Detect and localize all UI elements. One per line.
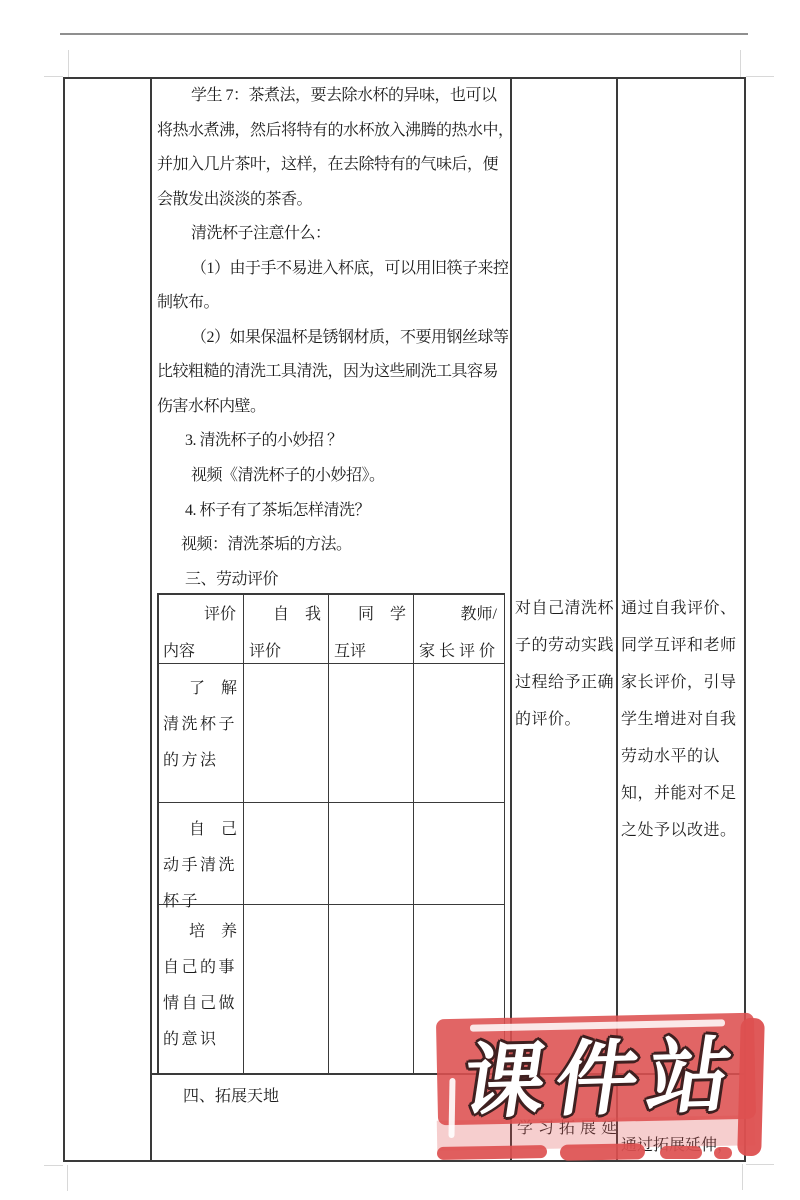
text-line: 视频：清洗茶垢的方法。 (157, 528, 508, 563)
header-line: 评价 (244, 634, 327, 671)
text-line: 的评价。 (515, 701, 615, 738)
eval-row-label: 培 养自己的事情自己做的意识 (158, 914, 242, 1058)
header-line: 自 我 (244, 597, 327, 634)
text-line: 4. 杯子有了茶垢怎样清洗？ (157, 494, 508, 529)
text-line: （1）由于手不易进入杯底，可以用旧筷子来控 (157, 252, 508, 287)
text-line: 知，并能对不足 (621, 775, 743, 812)
margin-crop-mark (742, 1164, 743, 1190)
stamp-border-bottom (660, 1146, 702, 1159)
header-rule (60, 33, 748, 35)
text-line: 对自己清洗杯 (515, 590, 615, 627)
header-line: 教师/ (414, 597, 503, 634)
text-line: 的方法 (158, 743, 242, 779)
eval-table-border (504, 593, 506, 1074)
eval-header-teacher-parent: 教师/ 家长评价 (414, 597, 503, 670)
text-line: 伤害水杯内壁。 (157, 390, 508, 425)
text-line: 了 解 (158, 671, 242, 707)
section-heading: 四、拓展天地 (183, 1080, 279, 1114)
document-page: 学生 7：茶煮法，要去除水杯的异味，也可以将热水煮沸，然后将特有的水杯放入沸腾的… (0, 0, 800, 1200)
header-line: 同 学 (329, 597, 412, 634)
text-line: 清洗杯子注意什么： (157, 217, 508, 252)
text-line: 自己的事 (158, 950, 242, 986)
text-line: 的意识 (158, 1022, 242, 1058)
table-border (744, 77, 746, 1162)
text-line: 视频《清洗杯子的小妙招》。 (157, 459, 508, 494)
text-line: 劳动水平的认 (621, 738, 743, 775)
eval-header-content: 评价 内容 (158, 597, 242, 670)
text-line: 子的劳动实践 (515, 627, 615, 664)
table-border (616, 77, 618, 1160)
stamp-border-bottom (560, 1143, 645, 1160)
stamp-border-bottom (714, 1147, 732, 1159)
text-line: 动手清洗 (158, 848, 242, 884)
text-line: 将热水煮沸，然后将特有的水杯放入沸腾的热水中， (157, 114, 508, 149)
margin-crop-mark (746, 76, 774, 77)
margin-crop-mark (44, 1165, 63, 1166)
header-line: 家长评价 (414, 634, 503, 671)
stamp-text: 课件站 (436, 1028, 768, 1132)
text-line: 比较粗糙的清洗工具清洗，因为这些刷洗工具容易 (157, 355, 508, 390)
text-line: 自 己 (158, 812, 242, 848)
header-line: 互评 (329, 634, 412, 671)
text-line: （2）如果保温杯是锈钢材质，不要用钢丝球等 (157, 321, 508, 356)
text-line: 并加入几片茶叶，这样，在去除特有的气味后，便 (157, 148, 508, 183)
margin-crop-mark (740, 50, 741, 77)
intent-note: 通过自我评价、同学互评和老师家长评价，引导学生增进对自我劳动水平的认知，并能对不… (621, 590, 743, 849)
text-line: 清洗杯子 (158, 707, 242, 743)
text-line: 家长评价，引导 (621, 664, 743, 701)
text-line: 会散发出淡淡的茶香。 (157, 183, 508, 218)
eval-header-self: 自 我 评价 (244, 597, 327, 670)
text-line: 情自己做 (158, 986, 242, 1022)
text-line: 之处予以改进。 (621, 812, 743, 849)
margin-crop-mark (67, 1165, 68, 1191)
text-line: 同学互评和老师 (621, 627, 743, 664)
lesson-text-block: 学生 7：茶煮法，要去除水杯的异味，也可以将热水煮沸，然后将特有的水杯放入沸腾的… (157, 79, 508, 597)
table-border (510, 77, 512, 1160)
text-line: 制软布。 (157, 286, 508, 321)
text-line: 通过自我评价、 (621, 590, 743, 627)
eval-header-peer: 同 学 互评 (329, 597, 412, 670)
eval-row-label: 了 解清洗杯子的方法 (158, 671, 242, 779)
eval-table-border (157, 802, 505, 803)
stamp-border-bottom (437, 1145, 547, 1160)
text-line: 3. 清洗杯子的小妙招 ？ (157, 424, 508, 459)
table-border (63, 77, 65, 1162)
table-border (150, 77, 152, 1160)
margin-crop-mark (44, 76, 63, 77)
text-line: 三、劳动评价 (157, 563, 508, 598)
text-line: 过程给予正确 (515, 664, 615, 701)
eval-row-label: 自 己动手清洗杯子 (158, 812, 242, 920)
text-line: 学生增进对自我 (621, 701, 743, 738)
text-line: 学生 7：茶煮法，要去除水杯的异味，也可以 (157, 79, 508, 114)
margin-crop-mark (68, 50, 69, 77)
header-line: 内容 (158, 634, 242, 671)
margin-crop-mark (746, 1164, 774, 1165)
text-line: 培 养 (158, 914, 242, 950)
header-line: 评价 (158, 597, 242, 634)
design-note: 对自己清洗杯子的劳动实践过程给予正确的评价。 (515, 590, 615, 738)
